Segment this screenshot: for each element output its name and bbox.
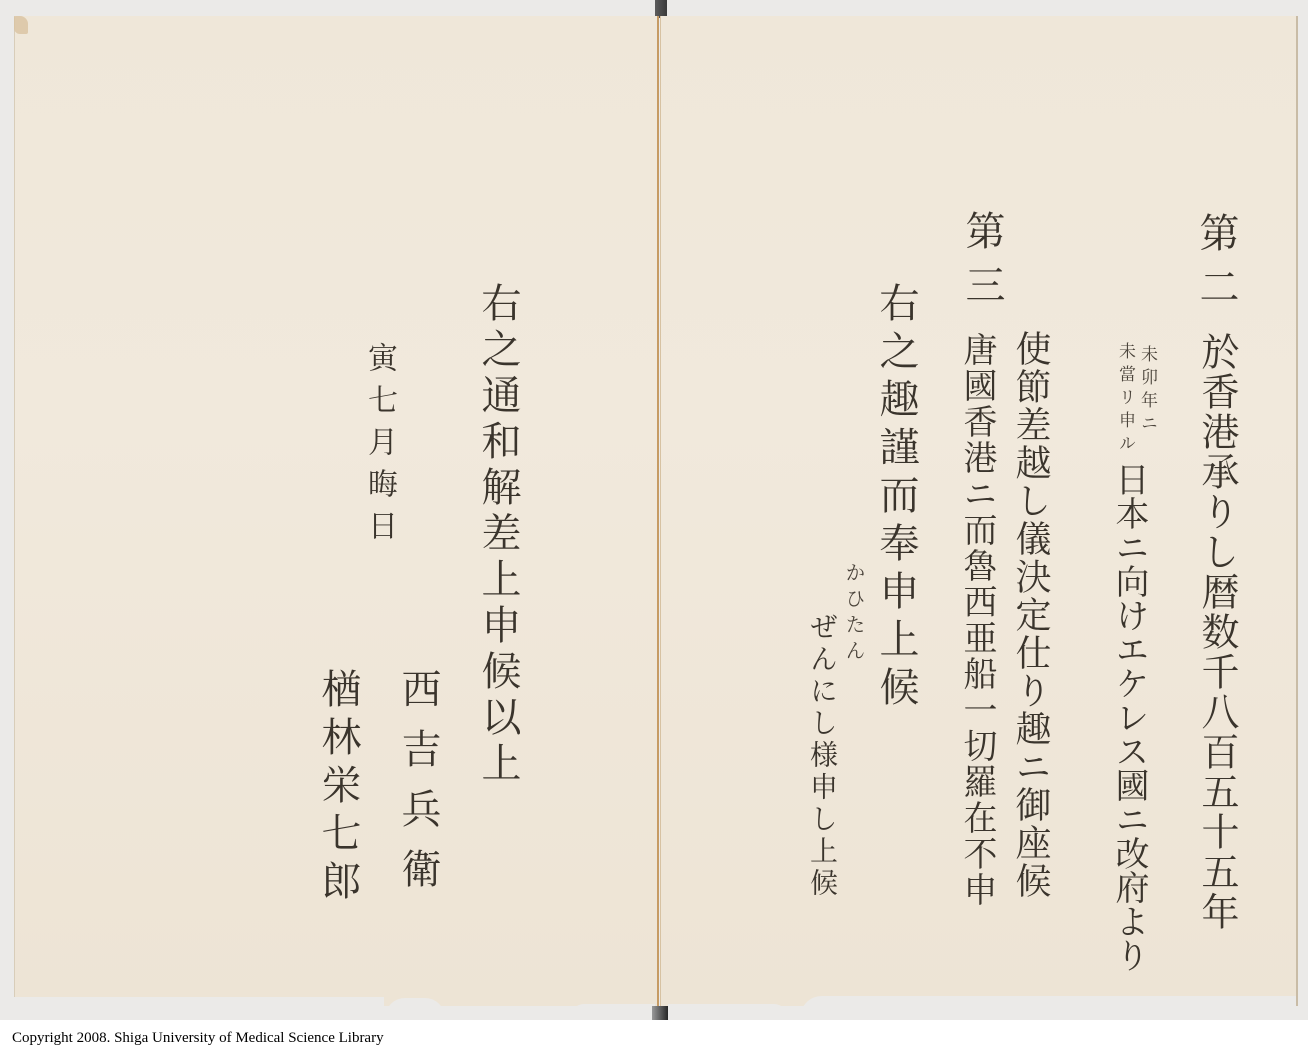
text-column-3: 使節差越し儀決定仕り趣ニ御座候	[1012, 330, 1048, 900]
binding-spine-bottom	[652, 1006, 668, 1020]
text-column-5: 右之趣謹而奉申上候	[876, 282, 916, 714]
page-corner-fold	[14, 16, 28, 34]
text-column-1: 於香港承りし暦数千八百五十五年	[1198, 332, 1236, 932]
scan-area: 第二 於香港承りし暦数千八百五十五年 未卯年ニ 未當リ申ル 日本ニ向けエケレス國…	[0, 0, 1308, 1020]
section-heading-3: 第三	[962, 210, 1002, 318]
text-column-4: 唐國香港ニ而魯西亜船一切羅在不申	[960, 332, 994, 908]
text-column-2: 日本ニ向けエケレス國ニ改府より	[1112, 462, 1146, 972]
torn-edge	[668, 1004, 788, 1018]
torn-edge	[570, 1004, 655, 1018]
torn-edge	[385, 998, 445, 1018]
signature-narabayashi-eishichiro: 楢林栄七郎	[318, 668, 358, 908]
signature-nishi-kichibei: 西吉兵衛	[398, 668, 438, 908]
text-column-7: 右之通和解差上申候以上	[478, 282, 518, 788]
text-column-6: ぜんにし様申し上候	[808, 612, 836, 900]
torn-edge	[14, 997, 384, 1019]
torn-edge	[800, 996, 1296, 1018]
annotation-column-2a: 未卯年ニ	[1138, 345, 1155, 437]
copyright-notice: Copyright 2008. Shiga University of Medi…	[12, 1030, 384, 1047]
section-heading-2: 第二	[1196, 212, 1236, 320]
annotation-column-2b: 未當リ申ル	[1116, 342, 1133, 457]
date-column: 寅七月晦日	[364, 342, 394, 552]
annotation-column-6: かひたん	[844, 562, 864, 666]
